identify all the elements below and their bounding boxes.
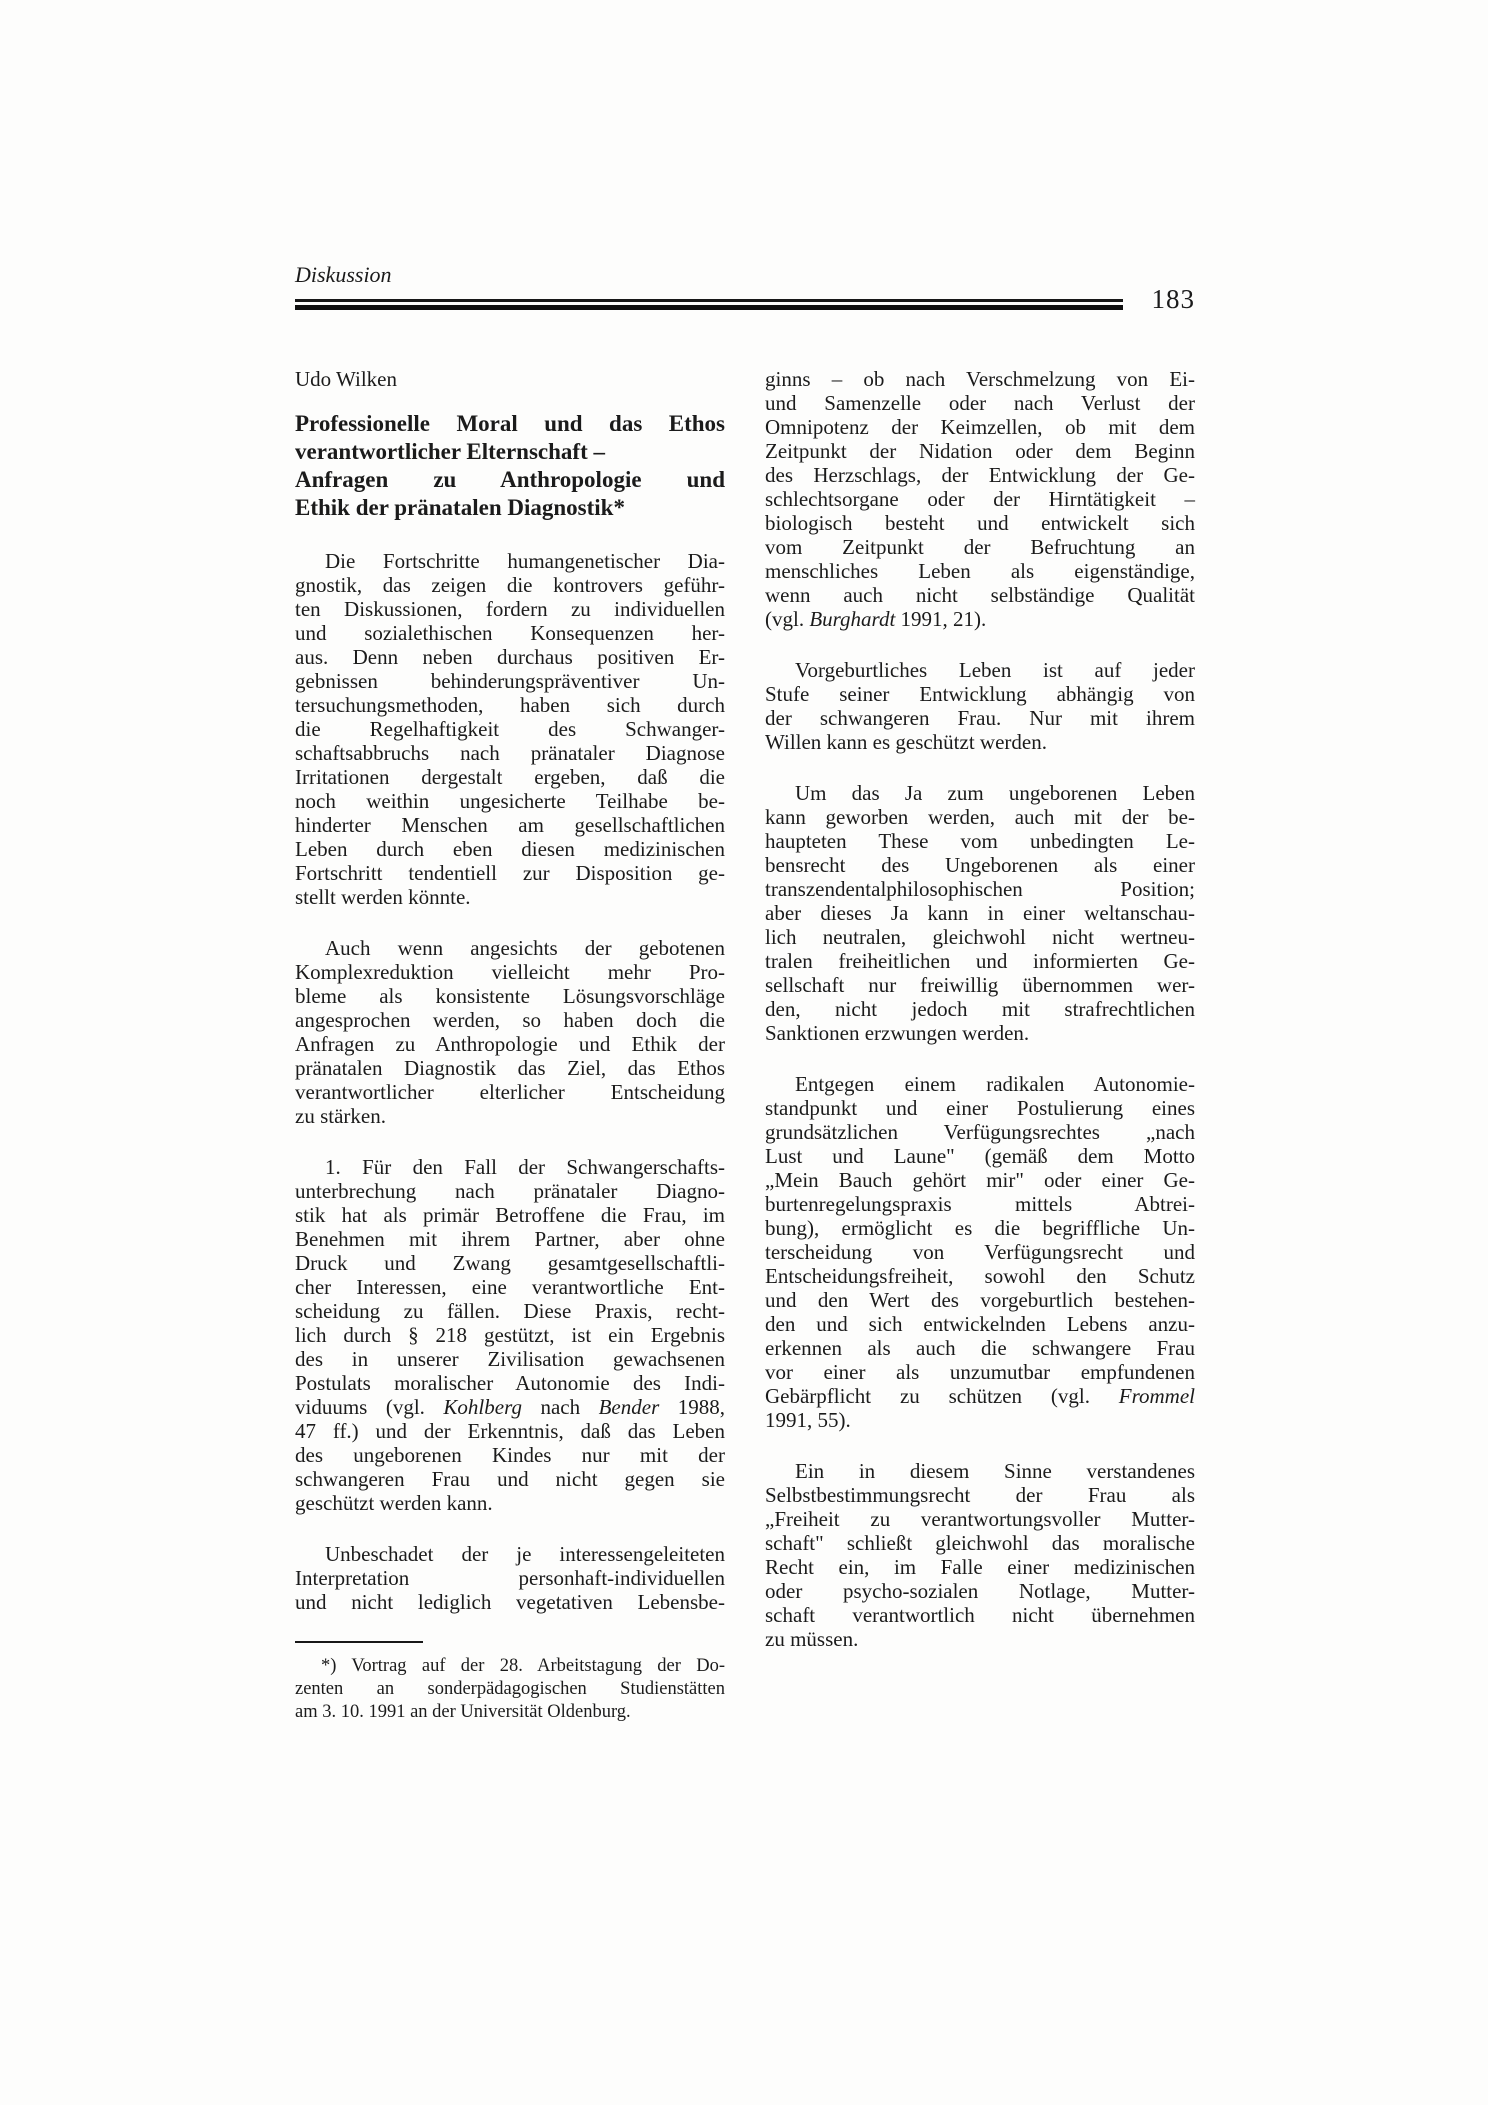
text-line: Sanktionen erzwungen werden. [765, 1021, 1195, 1045]
text-segment: des Herzschlags, der Entwicklung der Ge- [765, 463, 1195, 487]
text-segment: scheidung zu fällen. Diese Praxis, recht… [295, 1299, 725, 1323]
text-line: den, nicht jedoch mit strafrechtlichen [765, 997, 1195, 1021]
text-segment: kann geworben werden, auch mit der be- [765, 805, 1195, 829]
text-line: gnostik, das zeigen die kontrovers gefüh… [295, 573, 725, 597]
text-line: scheidung zu fällen. Diese Praxis, recht… [295, 1299, 725, 1323]
text-line: grundsätzlichen Verfügungsrechtes „nach [765, 1120, 1195, 1144]
text-segment: bensrecht des Ungeborenen als einer [765, 853, 1195, 877]
text-line: sellschaft nur freiwillig übernommen wer… [765, 973, 1195, 997]
text-segment: der schwangeren Frau. Nur mit ihrem [765, 706, 1195, 730]
text-segment: Omnipotenz der Keimzellen, ob mit dem [765, 415, 1195, 439]
text-segment: schaft" schließt gleichwohl das moralisc… [765, 1531, 1195, 1555]
text-line: stellt werden könnte. [295, 885, 725, 909]
text-segment: gebnissen behinderungspräventiver Un- [295, 669, 725, 693]
text-segment: Willen kann es geschützt werden. [765, 730, 1047, 754]
text-line: standpunkt und einer Postulierung eines [765, 1096, 1195, 1120]
text-line: vor einer als unzumutbar empfundenen [765, 1360, 1195, 1384]
text-segment: hinderter Menschen am gesellschaftlichen [295, 813, 725, 837]
scanned-journal-page: Diskussion 183 Udo Wilken Professionelle… [0, 0, 1488, 2105]
header-rule-thick [295, 305, 1123, 310]
author-name: Udo Wilken [295, 367, 725, 392]
text-line: noch weithin ungesicherte Teilhabe be- [295, 789, 725, 813]
text-line: unterbrechung nach pränataler Diagno- [295, 1179, 725, 1203]
text-segment: sellschaft nur freiwillig übernommen wer… [765, 973, 1195, 997]
text-line: des in unserer Zivilisation gewachsenen [295, 1347, 725, 1371]
text-segment: unterbrechung nach pränataler Diagno- [295, 1179, 725, 1203]
text-line: burtenregelungspraxis mittels Abtrei- [765, 1192, 1195, 1216]
text-segment: aber dieses Ja kann in einer weltanschau… [765, 901, 1195, 925]
text-line: biologisch besteht und entwickelt sich [765, 511, 1195, 535]
page-number: 183 [1152, 284, 1196, 315]
paragraph: Die Fortschritte humangenetischer Dia-gn… [295, 549, 725, 909]
text-segment: Interpretation personhaft-individuellen [295, 1566, 725, 1590]
text-segment: terscheidung von Verfügungsrecht und [765, 1240, 1195, 1264]
text-line: verantwortlicher elterlicher Entscheidun… [295, 1080, 725, 1104]
text-segment: bleme als konsistente Lösungsvorschläge [295, 984, 725, 1008]
text-segment: des in unserer Zivilisation gewachsenen [295, 1347, 725, 1371]
paragraph: Unbeschadet der je interessengeleitetenI… [295, 1542, 725, 1614]
text-line: Auch wenn angesichts der gebotenen [295, 936, 725, 960]
text-segment: ten Diskussionen, fordern zu individuell… [295, 597, 725, 621]
text-segment: Ethik der pränatalen Diagnostik* [295, 495, 625, 520]
text-segment: Recht ein, im Falle einer medizinischen [765, 1555, 1195, 1579]
text-line: Postulats moralischer Autonomie des Indi… [295, 1371, 725, 1395]
text-line: 1. Für den Fall der Schwangerschafts- [295, 1155, 725, 1179]
text-line: aus. Denn neben durchaus positiven Er- [295, 645, 725, 669]
text-line: gebnissen behinderungspräventiver Un- [295, 669, 725, 693]
text-segment: tralen freiheitlichen und informierten G… [765, 949, 1195, 973]
page-header: Diskussion 183 [295, 262, 1195, 312]
text-line: Omnipotenz der Keimzellen, ob mit dem [765, 415, 1195, 439]
header-rule-thin [295, 299, 1123, 302]
text-segment: 1. Für den Fall der Schwangerschafts- [325, 1155, 725, 1179]
text-line: Professionelle Moral und das Ethos [295, 410, 725, 438]
text-segment: den und sich entwickelnden Lebens anzu- [765, 1312, 1195, 1336]
text-line: tersuchungsmethoden, haben sich durch [295, 693, 725, 717]
text-segment: und nicht lediglich vegetativen Lebensbe… [295, 1590, 725, 1614]
paragraph: Ein in diesem Sinne verstandenesSelbstbe… [765, 1459, 1195, 1651]
text-segment: und den Wert des vorgeburtlich bestehen- [765, 1288, 1195, 1312]
text-segment: 47 ff.) und der Erkenntnis, daß das Lebe… [295, 1419, 725, 1443]
paragraph: *) Vortrag auf der 28. Arbeitstagung der… [295, 1655, 725, 1724]
text-segment: 1991, 55). [765, 1408, 851, 1432]
text-segment: Vorgeburtliches Leben ist auf jeder [795, 658, 1195, 682]
text-line: angesprochen werden, so haben doch die [295, 1008, 725, 1032]
text-segment: pränatalen Diagnostik das Ziel, das Etho… [295, 1056, 725, 1080]
text-line: verantwortlicher Elternschaft – [295, 438, 725, 466]
text-line: Stufe seiner Entwicklung abhängig von [765, 682, 1195, 706]
text-line: Leben durch eben diesen medizinischen [295, 837, 725, 861]
italic-text: Kohlberg [443, 1395, 522, 1419]
text-segment: Druck und Zwang gesamtgesellschaftli- [295, 1251, 725, 1275]
text-segment: Sanktionen erzwungen werden. [765, 1021, 1029, 1045]
text-segment: „Freiheit zu verantwortungsvoller Mutter… [765, 1507, 1195, 1531]
text-line: des Herzschlags, der Entwicklung der Ge- [765, 463, 1195, 487]
text-segment: ginns – ob nach Verschmelzung von Ei- [765, 367, 1195, 391]
left-column: Udo Wilken Professionelle Moral und das … [295, 367, 725, 1724]
text-segment: transzendentalphilosophischen Position; [765, 877, 1195, 901]
text-segment: geschützt werden kann. [295, 1491, 493, 1515]
left-column-body: Die Fortschritte humangenetischer Dia-gn… [295, 549, 725, 1614]
text-line: Druck und Zwang gesamtgesellschaftli- [295, 1251, 725, 1275]
text-line: Anfragen zu Anthropologie und Ethik der [295, 1032, 725, 1056]
text-line: den und sich entwickelnden Lebens anzu- [765, 1312, 1195, 1336]
text-segment: Selbstbestimmungsrecht der Frau als [765, 1483, 1195, 1507]
text-segment: verantwortlicher Elternschaft – [295, 439, 605, 464]
text-segment: Auch wenn angesichts der gebotenen [325, 936, 725, 960]
text-line: des ungeborenen Kindes nur mit der [295, 1443, 725, 1467]
section-label: Diskussion [295, 262, 1195, 288]
text-line: ten Diskussionen, fordern zu individuell… [295, 597, 725, 621]
text-line: und nicht lediglich vegetativen Lebensbe… [295, 1590, 725, 1614]
italic-text: Burghardt [809, 607, 895, 631]
text-segment: lich durch § 218 gestützt, ist ein Ergeb… [295, 1323, 725, 1347]
text-line: Um das Ja zum ungeborenen Leben [765, 781, 1195, 805]
text-segment: standpunkt und einer Postulierung eines [765, 1096, 1195, 1120]
text-line: schaftsabbruchs nach pränataler Diagnose [295, 741, 725, 765]
right-column-body: ginns – ob nach Verschmelzung von Ei-und… [765, 367, 1195, 1651]
two-column-layout: Udo Wilken Professionelle Moral und das … [295, 367, 1195, 1724]
text-segment: Fortschritt tendentiell zur Disposition … [295, 861, 725, 885]
text-line: stik hat als primär Betroffene die Frau,… [295, 1203, 725, 1227]
text-line: schwangeren Frau und nicht gegen sie [295, 1467, 725, 1491]
text-line: zu stärken. [295, 1104, 725, 1128]
paragraph: Professionelle Moral und das Ethosverant… [295, 410, 725, 522]
text-segment: Stufe seiner Entwicklung abhängig von [765, 682, 1195, 706]
footnote-rule [295, 1641, 423, 1643]
text-segment: Lust und Laune" (gemäß dem Motto [765, 1144, 1195, 1168]
text-segment: Anfragen zu Anthropologie und Ethik der [295, 1032, 725, 1056]
text-line: „Freiheit zu verantwortungsvoller Mutter… [765, 1507, 1195, 1531]
text-segment: gnostik, das zeigen die kontrovers gefüh… [295, 573, 725, 597]
text-segment: viduums (vgl. [295, 1395, 443, 1419]
text-line: am 3. 10. 1991 an der Universität Oldenb… [295, 1701, 725, 1724]
text-line: und sozialethischen Konsequenzen her- [295, 621, 725, 645]
text-segment: Benehmen mit ihrem Partner, aber ohne [295, 1227, 725, 1251]
italic-text: Frommel [1119, 1384, 1195, 1408]
text-line: geschützt werden kann. [295, 1491, 725, 1515]
text-line: Anfragen zu Anthropologie und [295, 466, 725, 494]
text-segment: zu müssen. [765, 1627, 858, 1651]
text-line: schlechtsorgane oder der Hirntätigkeit – [765, 487, 1195, 511]
text-line: lich durch § 218 gestützt, ist ein Ergeb… [295, 1323, 725, 1347]
text-segment: Irritationen dergestalt ergeben, daß die [295, 765, 725, 789]
text-segment: burtenregelungspraxis mittels Abtrei- [765, 1192, 1195, 1216]
paragraph: ginns – ob nach Verschmelzung von Ei-und… [765, 367, 1195, 631]
text-line: lich neutralen, gleichwohl nicht wertneu… [765, 925, 1195, 949]
text-segment: vom Zeitpunkt der Befruchtung an [765, 535, 1195, 559]
footnote: *) Vortrag auf der 28. Arbeitstagung der… [295, 1655, 725, 1724]
text-segment: Postulats moralischer Autonomie des Indi… [295, 1371, 725, 1395]
text-segment: schaft verantwortlich nicht übernehmen [765, 1603, 1195, 1627]
text-line: zenten an sonderpädagogischen Studienstä… [295, 1678, 725, 1701]
text-line: menschliches Leben als eigenständige, [765, 559, 1195, 583]
text-segment: *) Vortrag auf der 28. Arbeitstagung der… [321, 1656, 725, 1676]
text-segment: am 3. 10. 1991 an der Universität Oldenb… [295, 1702, 631, 1722]
text-segment: cher Interessen, eine verantwortliche En… [295, 1275, 725, 1299]
text-line: terscheidung von Verfügungsrecht und [765, 1240, 1195, 1264]
text-segment: grundsätzlichen Verfügungsrechtes „nach [765, 1120, 1195, 1144]
paragraph: Entgegen einem radikalen Autonomie-stand… [765, 1072, 1195, 1432]
text-line: Ethik der pränatalen Diagnostik* [295, 494, 725, 522]
text-line: kann geworben werden, auch mit der be- [765, 805, 1195, 829]
text-line: und Samenzelle oder nach Verlust der [765, 391, 1195, 415]
text-line: viduums (vgl. Kohlberg nach Bender 1988, [295, 1395, 725, 1419]
text-line: schaft verantwortlich nicht übernehmen [765, 1603, 1195, 1627]
text-segment: Ein in diesem Sinne verstandenes [795, 1459, 1195, 1483]
text-segment: zu stärken. [295, 1104, 386, 1128]
text-line: „Mein Bauch gehört mir" oder einer Ge- [765, 1168, 1195, 1192]
text-segment: Leben durch eben diesen medizinischen [295, 837, 725, 861]
text-line: oder psycho-sozialen Notlage, Mutter- [765, 1579, 1195, 1603]
text-segment: biologisch besteht und entwickelt sich [765, 511, 1195, 535]
paragraph: 1. Für den Fall der Schwangerschafts-unt… [295, 1155, 725, 1515]
text-segment: menschliches Leben als eigenständige, [765, 559, 1195, 583]
text-segment: stik hat als primär Betroffene die Frau,… [295, 1203, 725, 1227]
text-segment: noch weithin ungesicherte Teilhabe be- [295, 789, 725, 813]
text-segment: des ungeborenen Kindes nur mit der [295, 1443, 725, 1467]
text-segment: und Samenzelle oder nach Verlust der [765, 391, 1195, 415]
text-segment: die Regelhaftigkeit des Schwanger- [295, 717, 725, 741]
article-title: Professionelle Moral und das Ethosverant… [295, 410, 725, 522]
text-segment: Komplexreduktion vielleicht mehr Pro- [295, 960, 725, 984]
text-segment: „Mein Bauch gehört mir" oder einer Ge- [765, 1168, 1195, 1192]
text-segment: Die Fortschritte humangenetischer Dia- [325, 549, 725, 573]
text-line: (vgl. Burghardt 1991, 21). [765, 607, 1195, 631]
text-line: haupteten These vom unbedingten Le- [765, 829, 1195, 853]
text-line: Irritationen dergestalt ergeben, daß die [295, 765, 725, 789]
text-line: Benehmen mit ihrem Partner, aber ohne [295, 1227, 725, 1251]
text-segment: Zeitpunkt der Nidation oder dem Beginn [765, 439, 1195, 463]
text-segment: vor einer als unzumutbar empfundenen [765, 1360, 1195, 1384]
text-line: Vorgeburtliches Leben ist auf jeder [765, 658, 1195, 682]
header-rule [295, 299, 1123, 310]
text-line: Unbeschadet der je interessengeleiteten [295, 1542, 725, 1566]
text-line: Lust und Laune" (gemäß dem Motto [765, 1144, 1195, 1168]
text-line: vom Zeitpunkt der Befruchtung an [765, 535, 1195, 559]
paragraph: Auch wenn angesichts der gebotenenKomple… [295, 936, 725, 1128]
text-line: Interpretation personhaft-individuellen [295, 1566, 725, 1590]
text-segment: stellt werden könnte. [295, 885, 471, 909]
text-segment: den, nicht jedoch mit strafrechtlichen [765, 997, 1195, 1021]
text-line: Entgegen einem radikalen Autonomie- [765, 1072, 1195, 1096]
text-segment: wenn auch nicht selbständige Qualität [765, 583, 1195, 607]
text-segment: nach [522, 1395, 599, 1419]
text-segment: schlechtsorgane oder der Hirntätigkeit – [765, 487, 1195, 511]
paragraph: Um das Ja zum ungeborenen Lebenkann gewo… [765, 781, 1195, 1045]
text-segment: bung), ermöglicht es die begriffliche Un… [765, 1216, 1195, 1240]
text-line: die Regelhaftigkeit des Schwanger- [295, 717, 725, 741]
text-segment: schwangeren Frau und nicht gegen sie [295, 1467, 725, 1491]
text-line: Willen kann es geschützt werden. [765, 730, 1195, 754]
text-segment: und sozialethischen Konsequenzen her- [295, 621, 725, 645]
text-line: cher Interessen, eine verantwortliche En… [295, 1275, 725, 1299]
text-line: erkennen als auch die schwangere Frau [765, 1336, 1195, 1360]
text-line: Selbstbestimmungsrecht der Frau als [765, 1483, 1195, 1507]
text-segment: (vgl. [765, 607, 809, 631]
text-line: Entscheidungsfreiheit, sowohl den Schutz [765, 1264, 1195, 1288]
text-line: tralen freiheitlichen und informierten G… [765, 949, 1195, 973]
right-column: ginns – ob nach Verschmelzung von Ei-und… [765, 367, 1195, 1724]
italic-text: Bender [599, 1395, 660, 1419]
text-line: Zeitpunkt der Nidation oder dem Beginn [765, 439, 1195, 463]
text-line: Die Fortschritte humangenetischer Dia- [295, 549, 725, 573]
text-line: Komplexreduktion vielleicht mehr Pro- [295, 960, 725, 984]
text-line: Ein in diesem Sinne verstandenes [765, 1459, 1195, 1483]
text-line: und den Wert des vorgeburtlich bestehen- [765, 1288, 1195, 1312]
text-segment: Um das Ja zum ungeborenen Leben [795, 781, 1195, 805]
text-line: 1991, 55). [765, 1408, 1195, 1432]
text-line: schaft" schließt gleichwohl das moralisc… [765, 1531, 1195, 1555]
text-line: ginns – ob nach Verschmelzung von Ei- [765, 367, 1195, 391]
text-segment: aus. Denn neben durchaus positiven Er- [295, 645, 725, 669]
text-segment: Anfragen zu Anthropologie und [295, 467, 725, 492]
text-line: der schwangeren Frau. Nur mit ihrem [765, 706, 1195, 730]
text-segment: Unbeschadet der je interessengeleiteten [325, 1542, 725, 1566]
text-segment: Entgegen einem radikalen Autonomie- [795, 1072, 1195, 1096]
text-line: aber dieses Ja kann in einer weltanschau… [765, 901, 1195, 925]
text-line: hinderter Menschen am gesellschaftlichen [295, 813, 725, 837]
text-segment: 1991, 21). [895, 607, 986, 631]
text-line: Recht ein, im Falle einer medizinischen [765, 1555, 1195, 1579]
text-segment: Professionelle Moral und das Ethos [295, 411, 725, 436]
text-segment: Entscheidungsfreiheit, sowohl den Schutz [765, 1264, 1195, 1288]
text-line: bensrecht des Ungeborenen als einer [765, 853, 1195, 877]
text-segment: 1988, [659, 1395, 725, 1419]
text-line: wenn auch nicht selbständige Qualität [765, 583, 1195, 607]
text-segment: schaftsabbruchs nach pränataler Diagnose [295, 741, 725, 765]
text-segment: tersuchungsmethoden, haben sich durch [295, 693, 725, 717]
page-content: Diskussion 183 Udo Wilken Professionelle… [295, 262, 1195, 1724]
text-line: bleme als konsistente Lösungsvorschläge [295, 984, 725, 1008]
text-segment: zenten an sonderpädagogischen Studienstä… [295, 1679, 725, 1699]
text-line: zu müssen. [765, 1627, 1195, 1651]
text-line: pränatalen Diagnostik das Ziel, das Etho… [295, 1056, 725, 1080]
paragraph: Vorgeburtliches Leben ist auf jederStufe… [765, 658, 1195, 754]
text-line: *) Vortrag auf der 28. Arbeitstagung der… [295, 1655, 725, 1678]
text-segment: Gebärpflicht zu schützen (vgl. [765, 1384, 1119, 1408]
text-line: transzendentalphilosophischen Position; [765, 877, 1195, 901]
text-line: Fortschritt tendentiell zur Disposition … [295, 861, 725, 885]
text-line: 47 ff.) und der Erkenntnis, daß das Lebe… [295, 1419, 725, 1443]
text-segment: erkennen als auch die schwangere Frau [765, 1336, 1195, 1360]
text-segment: lich neutralen, gleichwohl nicht wertneu… [765, 925, 1195, 949]
text-segment: haupteten These vom unbedingten Le- [765, 829, 1195, 853]
text-segment: angesprochen werden, so haben doch die [295, 1008, 725, 1032]
text-line: bung), ermöglicht es die begriffliche Un… [765, 1216, 1195, 1240]
text-segment: oder psycho-sozialen Notlage, Mutter- [765, 1579, 1195, 1603]
text-segment: verantwortlicher elterlicher Entscheidun… [295, 1080, 725, 1104]
text-line: Gebärpflicht zu schützen (vgl. Frommel [765, 1384, 1195, 1408]
